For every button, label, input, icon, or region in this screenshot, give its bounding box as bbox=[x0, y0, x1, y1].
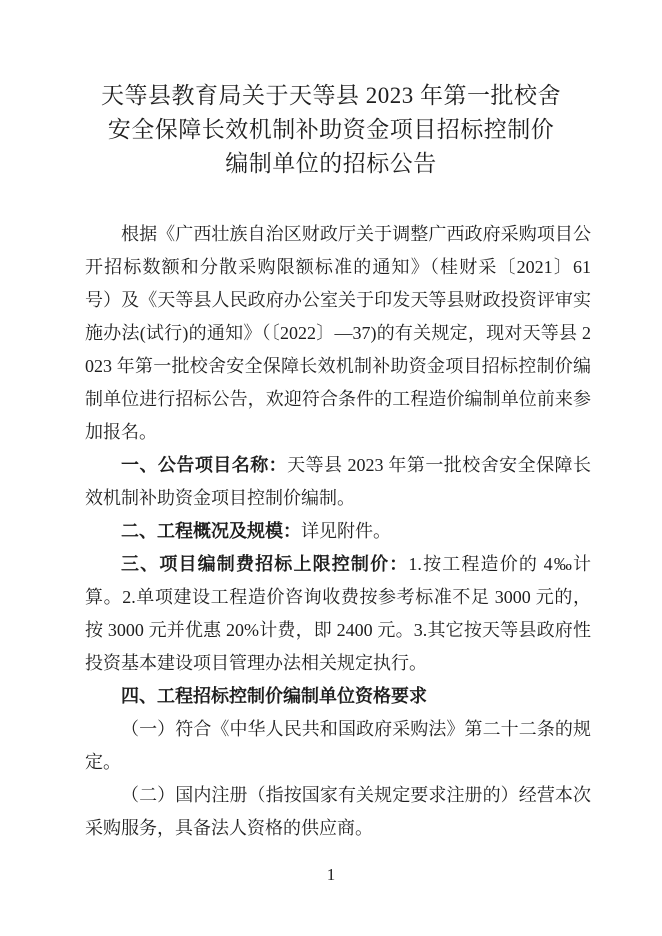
section-price-ceiling: 三、项目编制费招标上限控制价：1.按工程造价的 4‰计算。2.单项建设工程造价咨… bbox=[85, 548, 591, 680]
section-qualification-heading-lead: 四、工程招标控制价编制单位资格要求 bbox=[121, 686, 427, 706]
intro-paragraph-text: 根据《广西壮族自治区财政厅关于调整广西政府采购项目公开招标数额和分散采购限额标准… bbox=[85, 224, 591, 442]
page-number: 1 bbox=[0, 864, 662, 886]
section-project-overview-text: 详见附件。 bbox=[301, 521, 391, 541]
qualification-item-2-text: （二）国内注册（指按国家有关规定要求注册的）经营本次采购服务，具备法人资格的供应… bbox=[85, 785, 591, 838]
intro-paragraph: 根据《广西壮族自治区财政厅关于调整广西政府采购项目公开招标数额和分散采购限额标准… bbox=[85, 218, 591, 449]
section-project-overview: 二、工程概况及规模：详见附件。 bbox=[85, 515, 591, 548]
qualification-item-1: （一）符合《中华人民共和国政府采购法》第二十二条的规定。 bbox=[85, 713, 591, 779]
document-page: 天等县教育局关于天等县 2023 年第一批校舍 安全保障长效机制补助资金项目招标… bbox=[0, 0, 662, 936]
section-price-ceiling-heading: 三、项目编制费招标上限控制价： bbox=[121, 554, 408, 574]
qualification-item-1-text: （一）符合《中华人民共和国政府采购法》第二十二条的规定。 bbox=[85, 719, 591, 772]
qualification-item-2: （二）国内注册（指按国家有关规定要求注册的）经营本次采购服务，具备法人资格的供应… bbox=[85, 779, 591, 845]
section-announcement-name: 一、公告项目名称：天等县 2023 年第一批校舍安全保障长效机制补助资金项目控制… bbox=[85, 449, 591, 515]
document-body: 根据《广西壮族自治区财政厅关于调整广西政府采购项目公开招标数额和分散采购限额标准… bbox=[85, 218, 591, 845]
section-qualification-heading: 四、工程招标控制价编制单位资格要求 bbox=[85, 680, 591, 713]
section-announcement-name-heading: 一、公告项目名称： bbox=[121, 455, 287, 475]
document-title-line-3: 编制单位的招标公告 bbox=[0, 147, 662, 181]
document-title-line-1: 天等县教育局关于天等县 2023 年第一批校舍 bbox=[0, 79, 662, 113]
document-title-line-2: 安全保障长效机制补助资金项目招标控制价 bbox=[0, 113, 662, 147]
section-project-overview-heading: 二、工程概况及规模： bbox=[121, 521, 301, 541]
document-title: 天等县教育局关于天等县 2023 年第一批校舍 安全保障长效机制补助资金项目招标… bbox=[0, 79, 662, 181]
